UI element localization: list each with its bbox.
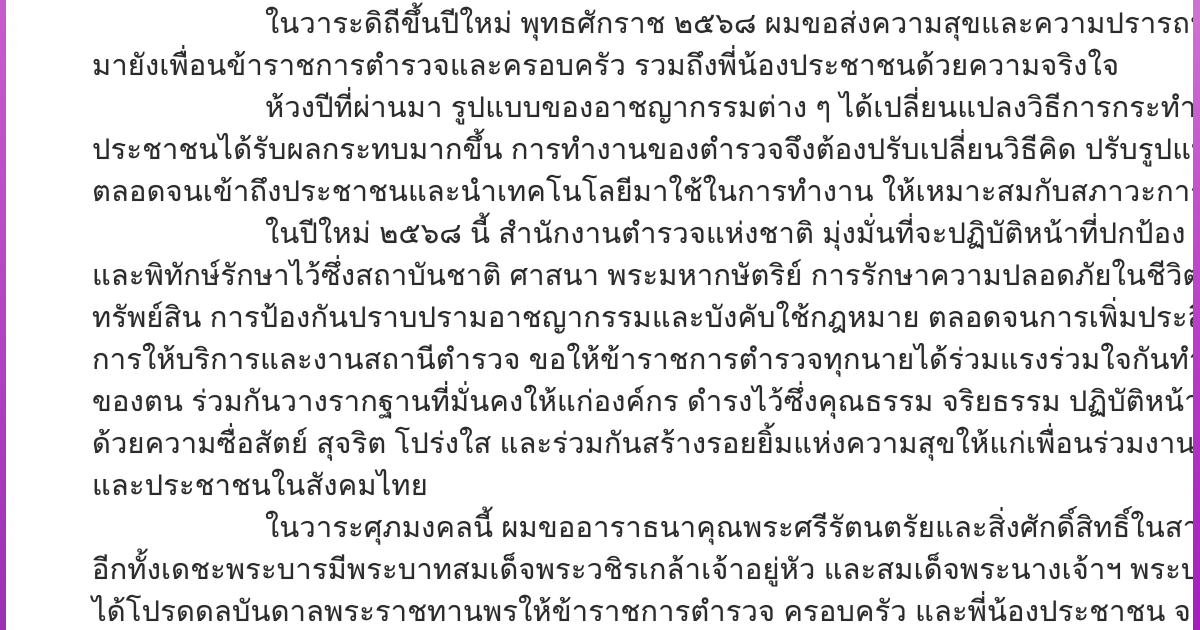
text-line-14: อีกทั้งเดชะพระบารมีพระบาทสมเด็จพระวชิรเก… [92, 549, 1114, 591]
text-line-3: ห้วงปีที่ผ่านมา รูปแบบของอาชญากรรมต่าง ๆ… [92, 87, 1114, 129]
text-line-11: ด้วยความซื่อสัตย์ สุจริต โปร่งใส และร่วม… [92, 423, 1114, 465]
text-line-8: ทรัพย์สิน การป้องกันปราบปรามอาชญากรรมและ… [92, 297, 1114, 339]
text-line-2: มายังเพื่อนข้าราชการตำรวจและครอบครัว รวม… [92, 45, 1114, 87]
text-line-5: ตลอดจนเข้าถึงประชาชนและนำเทคโนโลยีมาใช้ใ… [92, 171, 1114, 213]
text-line-10: ของตน ร่วมกันวางรากฐานที่มั่นคงให้แก่องค… [92, 381, 1114, 423]
text-line-7: และพิทักษ์รักษาไว้ซึ่งสถาบันชาติ ศาสนา พ… [92, 255, 1114, 297]
text-line-4: ประชาชนได้รับผลกระทบมากขึ้น การทำงานของต… [92, 129, 1114, 171]
right-accent-bar [1193, 0, 1200, 630]
text-line-15: ได้โปรดดลบันดาลพระราชทานพรให้ข้าราชการตำ… [92, 591, 1114, 630]
text-line-1: ในวาระดิถีขึ้นปีใหม่ พุทธศักราช ๒๕๖๘ ผมข… [92, 3, 1114, 45]
document-body: ในวาระดิถีขึ้นปีใหม่ พุทธศักราช ๒๕๖๘ ผมข… [0, 0, 1200, 630]
text-line-12: และประชาชนในสังคมไทย [92, 465, 1114, 507]
text-line-6: ในปีใหม่ ๒๕๖๘ นี้ สำนักงานตำรวจแห่งชาติ … [92, 213, 1114, 255]
left-accent-bar [0, 0, 6, 630]
document-page: ในวาระดิถีขึ้นปีใหม่ พุทธศักราช ๒๕๖๘ ผมข… [0, 0, 1200, 630]
text-line-9: การให้บริการและงานสถานีตำรวจ ขอให้ข้าราช… [92, 339, 1114, 381]
text-line-13: ในวาระศุภมงคลนี้ ผมขออาราธนาคุณพระศรีรัต… [92, 507, 1114, 549]
